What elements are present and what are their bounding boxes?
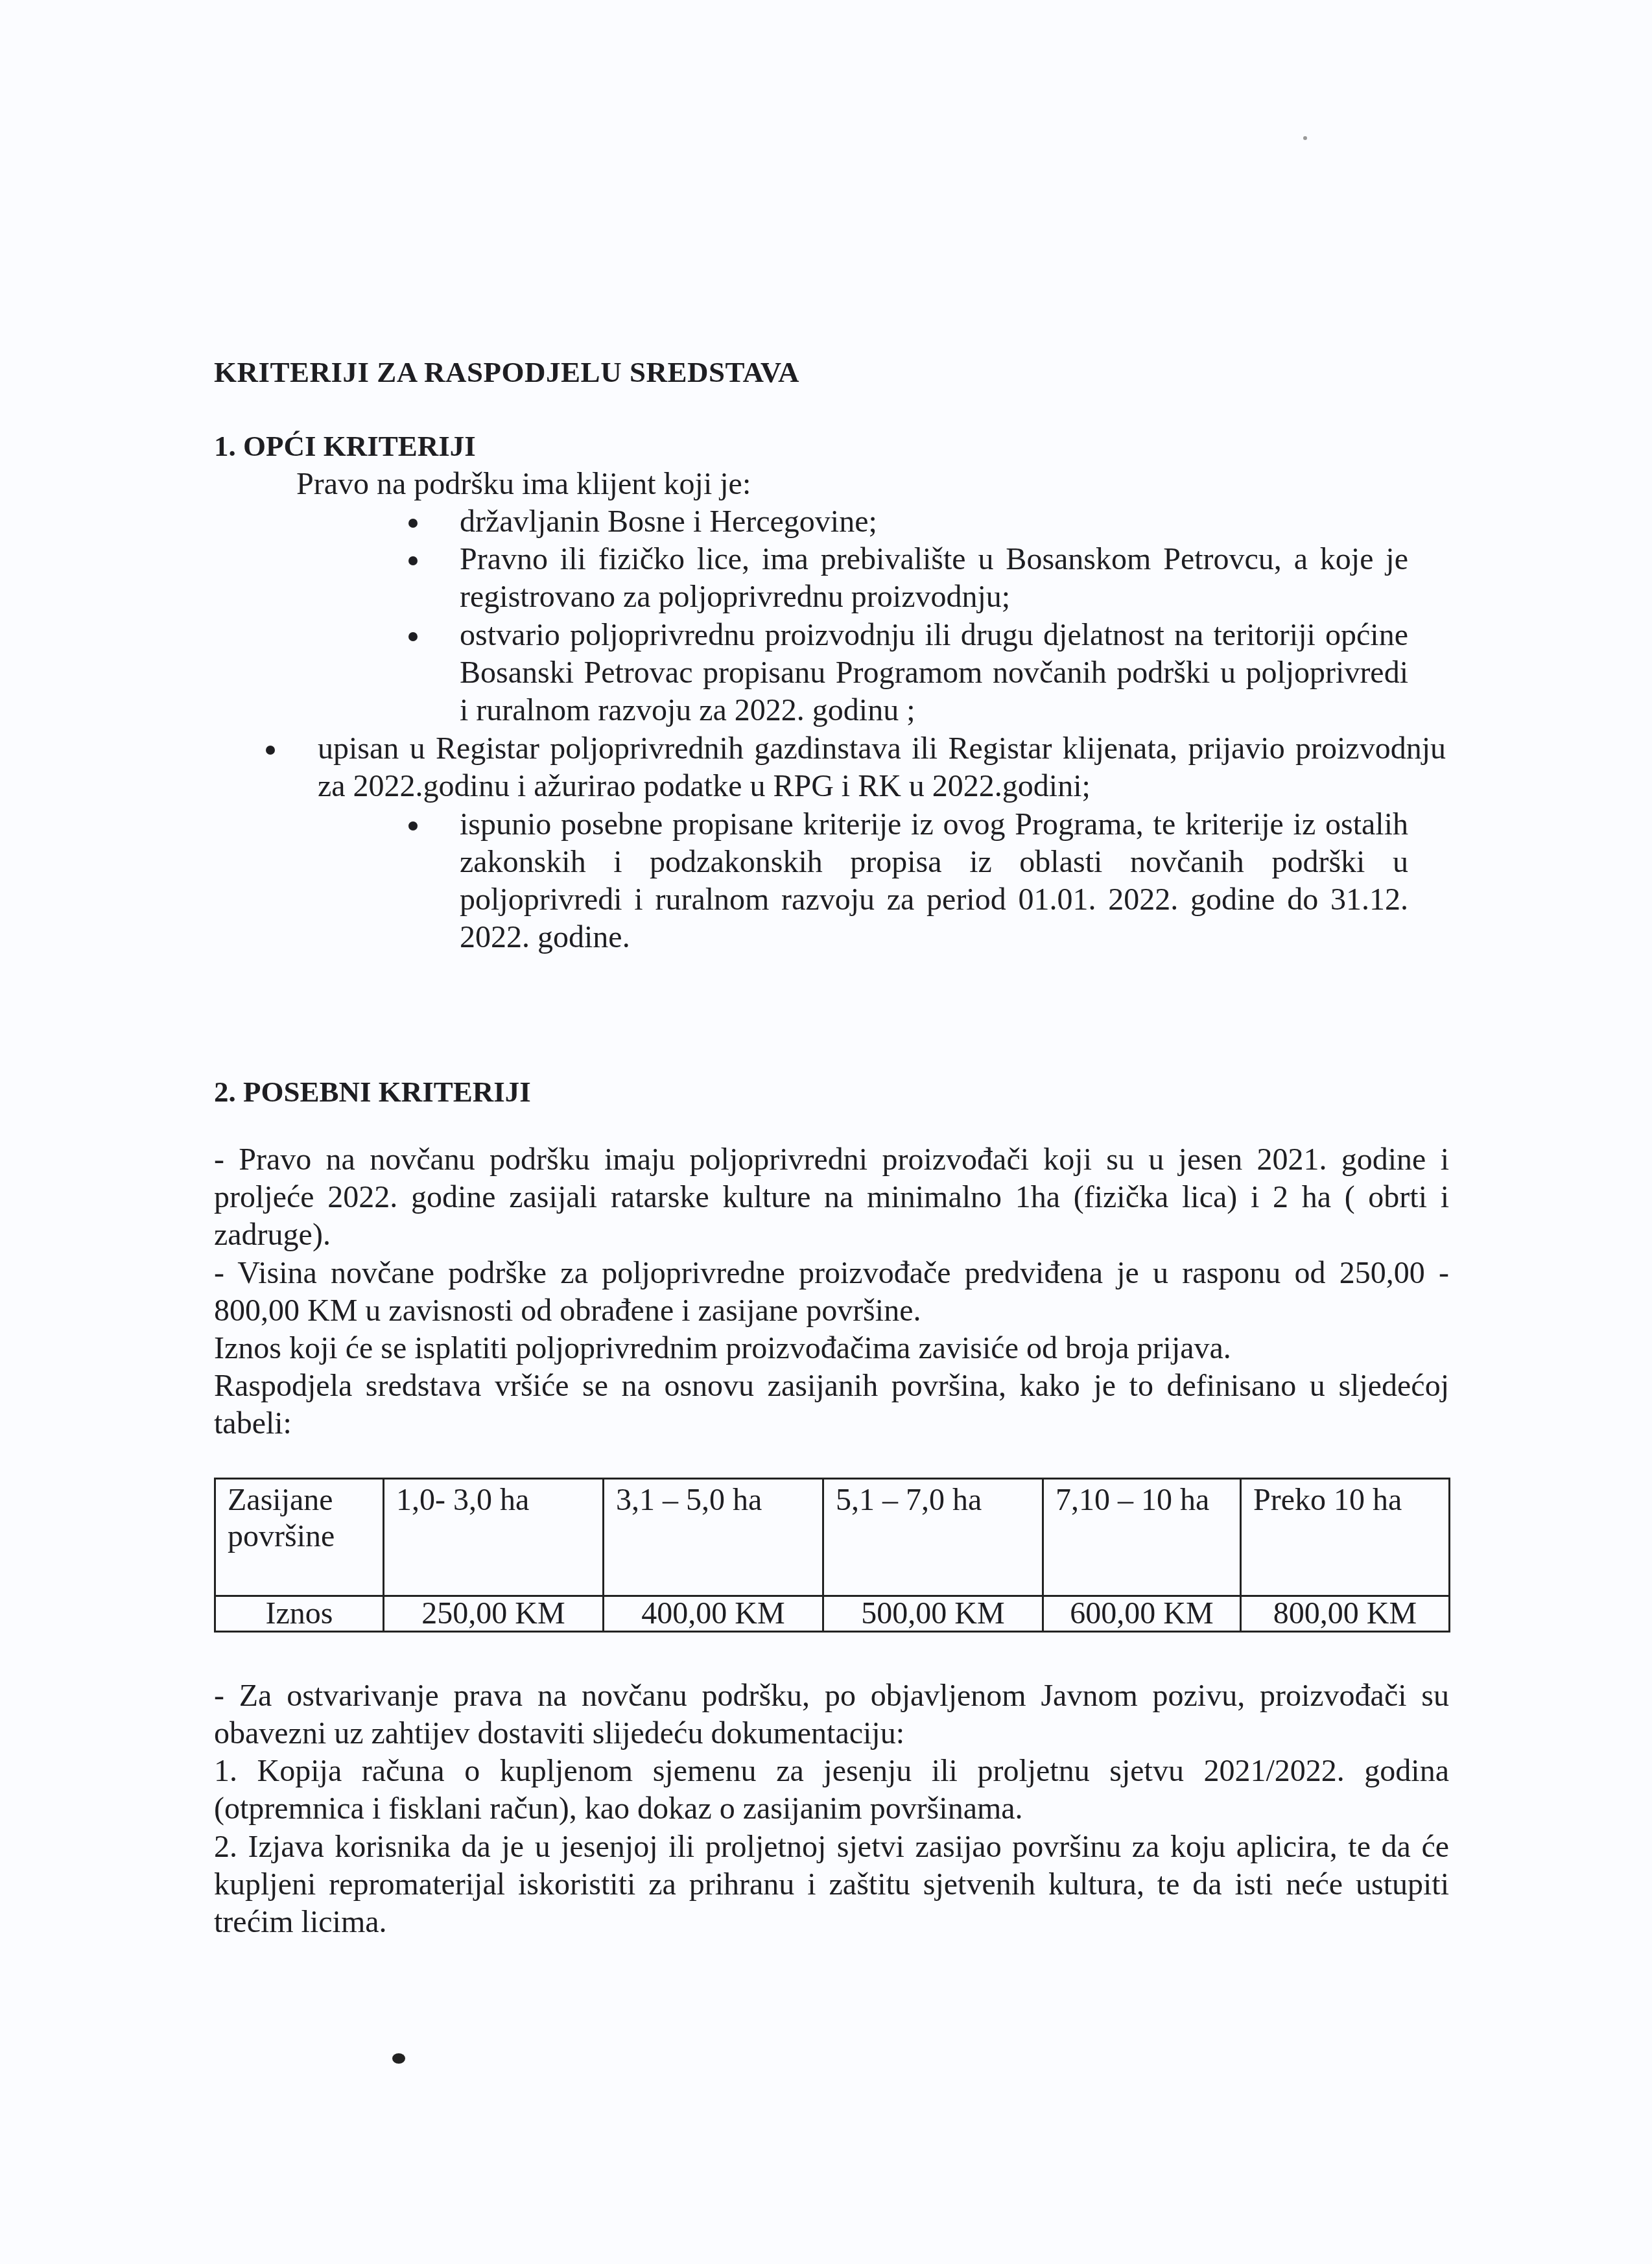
row-label: Zasijane površine [215,1479,384,1596]
doc-item-2: 2. Izjava korisnika da je u jesenjoj ili… [214,1828,1449,1941]
table-cell: 600,00 KM [1043,1596,1241,1632]
document-page: { "title": "KRITERIJI ZA RASPODJELU SRED… [0,0,1652,2264]
table-cell: 3,1 – 5,0 ha [604,1479,823,1596]
bullet-icon [408,556,418,565]
distribution-table: Zasijane površine 1,0- 3,0 ha 3,1 – 5,0 … [214,1478,1450,1633]
list-item-text: ostvario poljoprivrednu proizvodnju ili … [460,617,1408,729]
table-cell: 500,00 KM [823,1596,1043,1632]
document-title: KRITERIJI ZA RASPODJELU SREDSTAVA [214,355,799,389]
list-item-text: državljanin Bosne i Hercegovine; [460,503,1408,541]
section-1-heading: 1. OPĆI KRITERIJI [214,429,476,463]
list-item-text: Pravno ili fizičko lice, ima prebivališt… [460,541,1408,616]
list-item-text: ispunio posebne propisane kriterije iz o… [460,806,1408,956]
bullet-icon [408,519,418,528]
row-label: Iznos [215,1596,384,1632]
table-cell: 7,10 – 10 ha [1043,1479,1241,1596]
paragraph-payment: Iznos koji će se isplatiti poljoprivredn… [214,1330,1449,1367]
list-item-text: upisan u Registar poljoprivrednih gazdin… [318,730,1446,805]
table-cell: 400,00 KM [604,1596,823,1632]
doc-item-1: 1. Kopija računa o kupljenom sjemenu za … [214,1752,1449,1828]
table-cell: 800,00 KM [1241,1596,1450,1632]
table-cell: Preko 10 ha [1241,1479,1450,1596]
section-2-heading: 2. POSEBNI KRITERIJI [214,1075,531,1109]
scan-speck [392,2053,405,2064]
scan-speck [1303,136,1307,140]
table-cell: 1,0- 3,0 ha [384,1479,604,1596]
paragraph-amount-range: - Visina novčane podrške za poljoprivred… [214,1255,1449,1330]
table-row: Iznos 250,00 KM 400,00 KM 500,00 KM 600,… [215,1596,1450,1632]
table-row: Zasijane površine 1,0- 3,0 ha 3,1 – 5,0 … [215,1479,1450,1596]
paragraph-eligibility: - Pravo na novčanu podršku imaju poljopr… [214,1141,1449,1254]
section-1-intro: Pravo na podršku ima klijent koji je: [296,466,751,503]
paragraph-distribution: Raspodjela sredstava vršiće se na osnovu… [214,1367,1449,1443]
bullet-icon [408,821,418,831]
bullet-icon [266,746,275,755]
table-cell: 5,1 – 7,0 ha [823,1479,1043,1596]
bullet-icon [408,632,418,641]
table-cell: 250,00 KM [384,1596,604,1632]
paragraph-documentation-intro: - Za ostvarivanje prava na novčanu podrš… [214,1677,1449,1752]
